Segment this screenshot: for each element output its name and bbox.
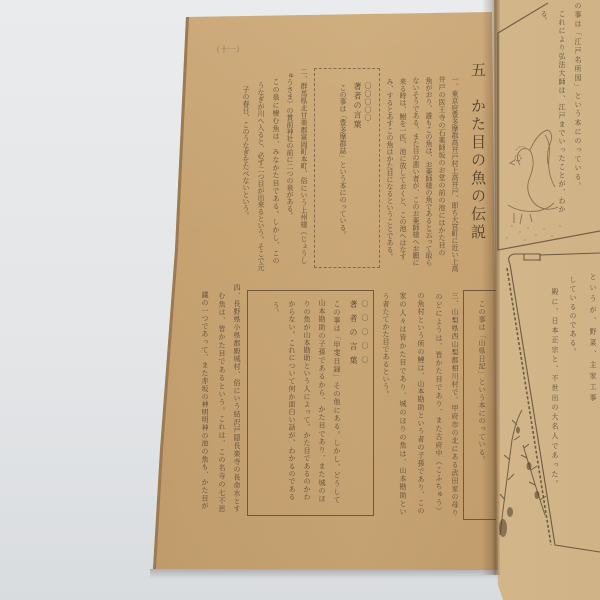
scroll-frame-icon xyxy=(507,253,600,552)
illustration-frame-top xyxy=(498,3,600,250)
hen-drawing-icon xyxy=(508,130,558,224)
right-page-drawings xyxy=(0,0,600,600)
plant-leaves xyxy=(499,427,540,538)
speckle-pattern xyxy=(506,225,560,240)
